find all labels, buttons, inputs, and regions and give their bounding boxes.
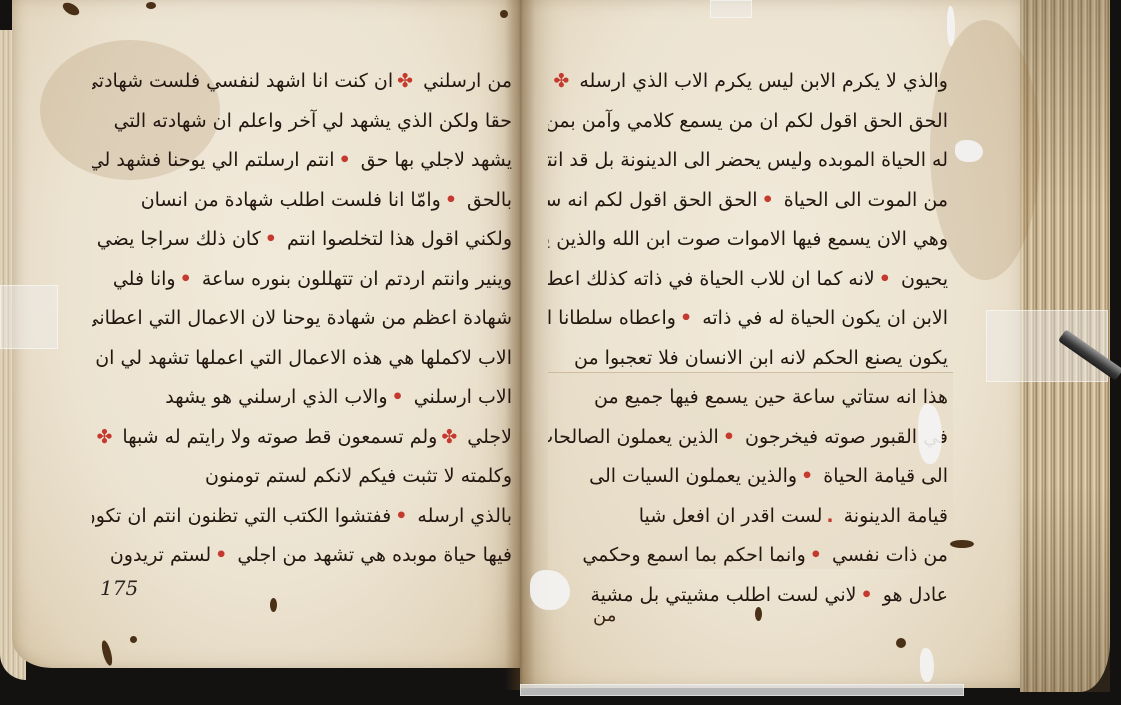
manuscript-line: الاب ارسلني •والاب الذي ارسلني هو يشهد bbox=[92, 378, 512, 418]
manuscript-line: يحيون •لانه كما ان للاب الحياة في ذاته ك… bbox=[548, 260, 948, 300]
text-segment: ان كنت انا اشهد لنفسي فلست شهادتي bbox=[92, 70, 393, 92]
text-segment: الاب ارسلني bbox=[414, 386, 512, 408]
text-segment: وانا فلي bbox=[113, 268, 176, 290]
folio-number: 175 bbox=[100, 576, 138, 600]
manuscript-line: وكلمته لا تثبت فيكم لانكم لستم تومنون bbox=[92, 457, 512, 497]
text-segment: ولكني اقول هذا لتخلصوا انتم bbox=[287, 228, 512, 250]
rubric-mark: • bbox=[861, 584, 873, 606]
rubric-mark: • bbox=[801, 465, 813, 487]
text-segment: عادل هو bbox=[883, 584, 948, 606]
text-segment: الابن ان يكون الحياة له في ذاته bbox=[702, 307, 948, 329]
text-segment: الاب لاكملها هي هذه الاعمال التي اعملها … bbox=[95, 347, 512, 369]
worm-hole bbox=[270, 598, 277, 612]
text-segment: شهادة اعظم من شهادة يوحنا لان الاعمال ال… bbox=[92, 307, 512, 329]
manuscript-line: قيامة الدينونة .لست اقدر ان افعل شيا bbox=[548, 497, 948, 537]
manuscript-line: من ذات نفسي •وانما احكم بما اسمع وحكمي bbox=[548, 536, 948, 576]
worm-hole bbox=[130, 636, 137, 643]
manuscript-line: بالذي ارسله •ففتشوا الكتب التي تظنون انت… bbox=[92, 497, 512, 537]
worm-hole bbox=[896, 638, 906, 648]
rubric-mark: ✤ bbox=[553, 70, 569, 92]
worm-hole bbox=[146, 2, 156, 9]
manuscript-line: والذي لا يكرم الابن ليس يكرم الاب الذي ا… bbox=[548, 62, 948, 102]
text-segment: الحق الحق اقول لكم انه ستاتي ساعة bbox=[548, 189, 758, 211]
text-segment: فيها حياة موبده هي تشهد من اجلي bbox=[237, 544, 512, 566]
paper-tear bbox=[947, 6, 955, 46]
rubric-mark: • bbox=[395, 505, 407, 527]
manuscript-line: شهادة اعظم من شهادة يوحنا لان الاعمال ال… bbox=[92, 299, 512, 339]
manuscript-line: له الحياة الموبده وليس يحضر الى الدينونة… bbox=[548, 141, 948, 181]
text-segment: وانما احكم بما اسمع وحكمي bbox=[582, 544, 805, 566]
text-segment: لاجلي bbox=[467, 426, 512, 448]
rubric-mark: • bbox=[445, 189, 457, 211]
manuscript-line: حقا ولكن الذي يشهد لي آخر واعلم ان شهادت… bbox=[92, 102, 512, 142]
text-segment: واعطاه سلطانا ان bbox=[548, 307, 676, 329]
text-segment: كان ذلك سراجا يضي bbox=[97, 228, 261, 250]
worm-hole bbox=[950, 540, 974, 548]
rubric-mark: • bbox=[215, 544, 227, 566]
text-segment: وكلمته لا تثبت فيكم لانكم لستم تومنون bbox=[205, 465, 512, 487]
text-segment: الذين يعملون الصالحات bbox=[548, 426, 719, 448]
manuscript-line: من الموت الى الحياة •الحق الحق اقول لكم … bbox=[548, 181, 948, 221]
text-segment: لستم تريدون bbox=[110, 544, 211, 566]
text-segment: بالحق bbox=[467, 189, 512, 211]
rubric-mark: • bbox=[810, 544, 822, 566]
text-segment: من الموت الى الحياة bbox=[784, 189, 948, 211]
paper-tear bbox=[955, 140, 983, 162]
text-segment: ففتشوا الكتب التي تظنون انتم ان تكون bbox=[92, 505, 391, 527]
manuscript-line: وينير وانتم اردتم ان تتهللون بنوره ساعة … bbox=[92, 260, 512, 300]
text-segment: من ذات نفسي bbox=[832, 544, 948, 566]
glass-weight bbox=[710, 0, 752, 18]
rubric-mark: . bbox=[826, 505, 833, 527]
manuscript-line: في القبور صوته فيخرجون •الذين يعملون الص… bbox=[548, 418, 948, 458]
manuscript-line: ولكني اقول هذا لتخلصوا انتم •كان ذلك سرا… bbox=[92, 220, 512, 260]
rubric-mark: • bbox=[180, 268, 192, 290]
manuscript-line: لاجلي ✤ولم تسمعون قط صوته ولا رايتم له ش… bbox=[92, 418, 512, 458]
text-segment: وامّا انا فلست اطلب شهادة من انسان bbox=[141, 189, 441, 211]
text-segment: يحيون bbox=[901, 268, 948, 290]
manuscript-line: هذا انه ستاتي ساعة حين يسمع فيها جميع من bbox=[548, 378, 948, 418]
glass-weight bbox=[0, 285, 58, 349]
text-segment: لاني لست اطلب مشيتي بل مشية bbox=[590, 584, 856, 606]
manuscript-line: بالحق •وامّا انا فلست اطلب شهادة من انسا… bbox=[92, 181, 512, 221]
text-segment: وينير وانتم اردتم ان تتهللون بنوره ساعة bbox=[202, 268, 512, 290]
rubric-mark: ✤ bbox=[96, 426, 112, 448]
manuscript-line: يكون يصنع الحكم لانه ابن الانسان فلا تعج… bbox=[548, 339, 948, 379]
rubric-mark: • bbox=[879, 268, 891, 290]
worm-hole bbox=[500, 10, 508, 18]
text-segment: حقا ولكن الذي يشهد لي آخر واعلم ان شهادت… bbox=[114, 110, 512, 132]
manuscript-line: الاب لاكملها هي هذه الاعمال التي اعملها … bbox=[92, 339, 512, 379]
manuscript-line: فيها حياة موبده هي تشهد من اجلي •لستم تر… bbox=[92, 536, 512, 576]
text-segment: الحق الحق اقول لكم ان من يسمع كلامي وآمن… bbox=[548, 110, 948, 132]
worm-hole bbox=[755, 607, 762, 621]
text-segment: من ارسلني bbox=[423, 70, 512, 92]
text-segment: والذين يعملون السيات الى bbox=[589, 465, 797, 487]
text-segment: لانه كما ان للاب الحياة في ذاته كذلك اعط… bbox=[548, 268, 875, 290]
text-segment: والذي لا يكرم الابن ليس يكرم الاب الذي ا… bbox=[579, 70, 948, 92]
text-segment: يشهد لاجلي بها حق bbox=[361, 149, 512, 171]
text-segment: بالذي ارسله bbox=[417, 505, 512, 527]
glass-weight bbox=[520, 684, 964, 696]
text-segment: يكون يصنع الحكم لانه ابن الانسان فلا تعج… bbox=[574, 347, 948, 369]
manuscript-line: الى قيامة الحياة •والذين يعملون السيات ا… bbox=[548, 457, 948, 497]
right-page-text: والذي لا يكرم الابن ليس يكرم الاب الذي ا… bbox=[548, 62, 948, 615]
text-segment: وهي الان يسمع فيها الاموات صوت ابن الله … bbox=[548, 228, 948, 250]
manuscript-line: من ارسلني ✤ان كنت انا اشهد لنفسي فلست شه… bbox=[92, 62, 512, 102]
text-segment: الى قيامة الحياة bbox=[823, 465, 948, 487]
rubric-mark: • bbox=[680, 307, 692, 329]
manuscript-line: يشهد لاجلي بها حق •انتم ارسلتم الي يوحنا… bbox=[92, 141, 512, 181]
text-segment: ولم تسمعون قط صوته ولا رايتم له شبها bbox=[122, 426, 437, 448]
manuscript-line: الابن ان يكون الحياة له في ذاته •واعطاه … bbox=[548, 299, 948, 339]
rubric-mark: ✤ bbox=[441, 426, 457, 448]
text-segment: له الحياة الموبده وليس يحضر الى الدينونة… bbox=[548, 149, 948, 171]
text-segment: لست اقدر ان افعل شيا bbox=[639, 505, 823, 527]
text-segment: انتم ارسلتم الي يوحنا فشهد لي bbox=[92, 149, 335, 171]
rubric-mark: • bbox=[762, 189, 774, 211]
rubric-mark: • bbox=[339, 149, 351, 171]
manuscript-line: الحق الحق اقول لكم ان من يسمع كلامي وآمن… bbox=[548, 102, 948, 142]
rubric-mark: • bbox=[392, 386, 404, 408]
rubric-mark: • bbox=[265, 228, 277, 250]
text-segment: قيامة الدينونة bbox=[844, 505, 948, 527]
rubric-mark: ✤ bbox=[397, 70, 413, 92]
catchword: من bbox=[593, 605, 616, 626]
rubric-mark: • bbox=[723, 426, 735, 448]
paper-tear bbox=[920, 648, 934, 682]
text-segment: هذا انه ستاتي ساعة حين يسمع فيها جميع من bbox=[594, 386, 948, 408]
text-segment: والاب الذي ارسلني هو يشهد bbox=[165, 386, 387, 408]
left-page-text: من ارسلني ✤ان كنت انا اشهد لنفسي فلست شه… bbox=[92, 62, 512, 576]
manuscript-line: وهي الان يسمع فيها الاموات صوت ابن الله … bbox=[548, 220, 948, 260]
paper-tear bbox=[530, 570, 570, 610]
manuscript-photo: من ارسلني ✤ان كنت انا اشهد لنفسي فلست شه… bbox=[0, 0, 1121, 705]
